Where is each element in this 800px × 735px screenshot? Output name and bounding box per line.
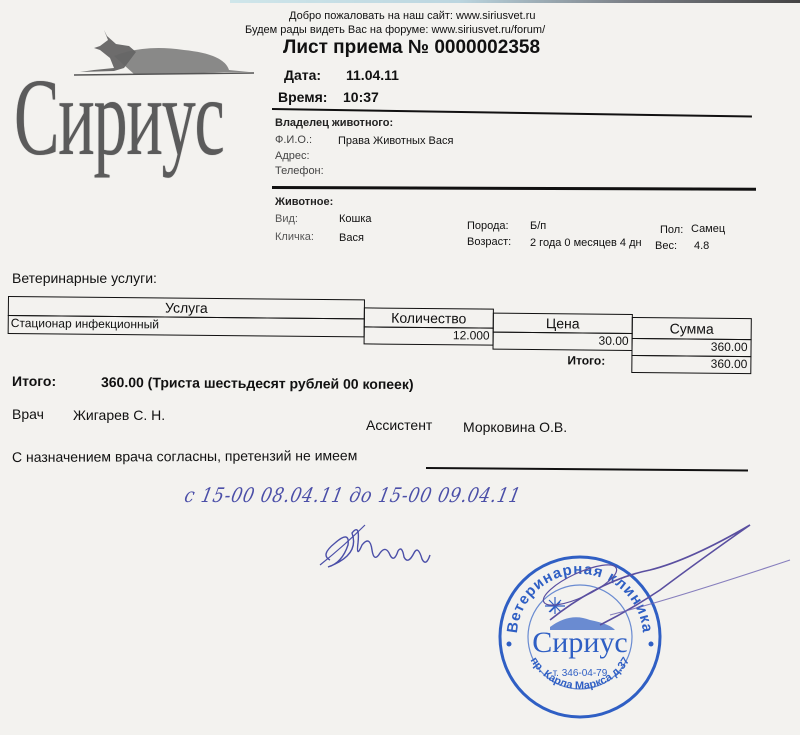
breed-value: Б/п bbox=[530, 220, 546, 232]
breed-label: Порода: bbox=[467, 220, 509, 232]
fio-label: Ф.И.О.: bbox=[275, 134, 312, 146]
assistant-name: Морковина О.В. bbox=[463, 419, 567, 435]
signature-icon bbox=[290, 515, 470, 580]
species-label: Вид: bbox=[275, 213, 298, 225]
age-value: 2 года 0 месяцев 4 дн bbox=[530, 237, 642, 249]
total-amount-text: 360.00 (Триста шестьдесят рублей 00 копе… bbox=[101, 374, 414, 392]
date-value: 11.04.11 bbox=[346, 67, 399, 83]
page-title: Лист приема № 0000002358 bbox=[283, 37, 540, 59]
agreement-text: С назначением врача согласны, претензий … bbox=[12, 447, 357, 465]
logo-wordmark: Сириус bbox=[14, 62, 224, 172]
pet-name-label: Кличка: bbox=[275, 231, 314, 243]
total-label: Итого: bbox=[12, 373, 56, 389]
scan-edge bbox=[230, 0, 800, 3]
column-header-price: Цена bbox=[493, 313, 633, 334]
time-value: 10:37 bbox=[343, 89, 379, 105]
table-cell-quantity: 12.000 bbox=[364, 326, 494, 345]
welcome-text: Добро пожаловать на наш сайт: www.sirius… bbox=[289, 10, 536, 22]
address-label: Адрес: bbox=[275, 150, 310, 162]
doctor-label: Врач bbox=[12, 406, 44, 422]
table-total-value: 360.00 bbox=[631, 355, 751, 374]
sex-label: Пол: bbox=[660, 224, 683, 236]
divider bbox=[272, 186, 756, 191]
sex-value: Самец bbox=[691, 223, 725, 235]
time-label: Время: bbox=[278, 89, 327, 105]
weight-value: 4.8 bbox=[694, 240, 709, 252]
pet-name-value: Вася bbox=[339, 232, 364, 244]
signature-line bbox=[426, 467, 748, 471]
column-header-quantity: Количество bbox=[364, 307, 494, 328]
services-heading: Ветеринарные услуги: bbox=[12, 270, 157, 286]
handwritten-note: с 15-00 08.04.11 до 15-00 09.04.11 bbox=[182, 483, 523, 507]
assistant-label: Ассистент bbox=[366, 417, 432, 433]
doctor-name: Жигарев С. Н. bbox=[73, 407, 165, 423]
owner-heading: Владелец животного: bbox=[275, 117, 393, 129]
date-label: Дата: bbox=[284, 67, 321, 83]
forum-text: Будем рады видеть Вас на форуме: www.sir… bbox=[245, 24, 545, 36]
table-total-label: Итого: bbox=[567, 353, 605, 367]
animal-heading: Животное: bbox=[275, 196, 333, 208]
table-cell-price: 30.00 bbox=[493, 332, 633, 351]
stamp-phone: т. 346-04-79 bbox=[553, 668, 608, 679]
weight-label: Вес: bbox=[655, 240, 677, 252]
age-label: Возраст: bbox=[467, 236, 511, 248]
signature-flourish-icon bbox=[540, 520, 800, 645]
fio-value: Права Животных Вася bbox=[338, 135, 453, 147]
species-value: Кошка bbox=[339, 213, 372, 225]
phone-label: Телефон: bbox=[275, 165, 324, 177]
column-header-sum: Сумма bbox=[632, 317, 752, 340]
table-cell-service: Стационар инфекционный bbox=[8, 315, 365, 337]
